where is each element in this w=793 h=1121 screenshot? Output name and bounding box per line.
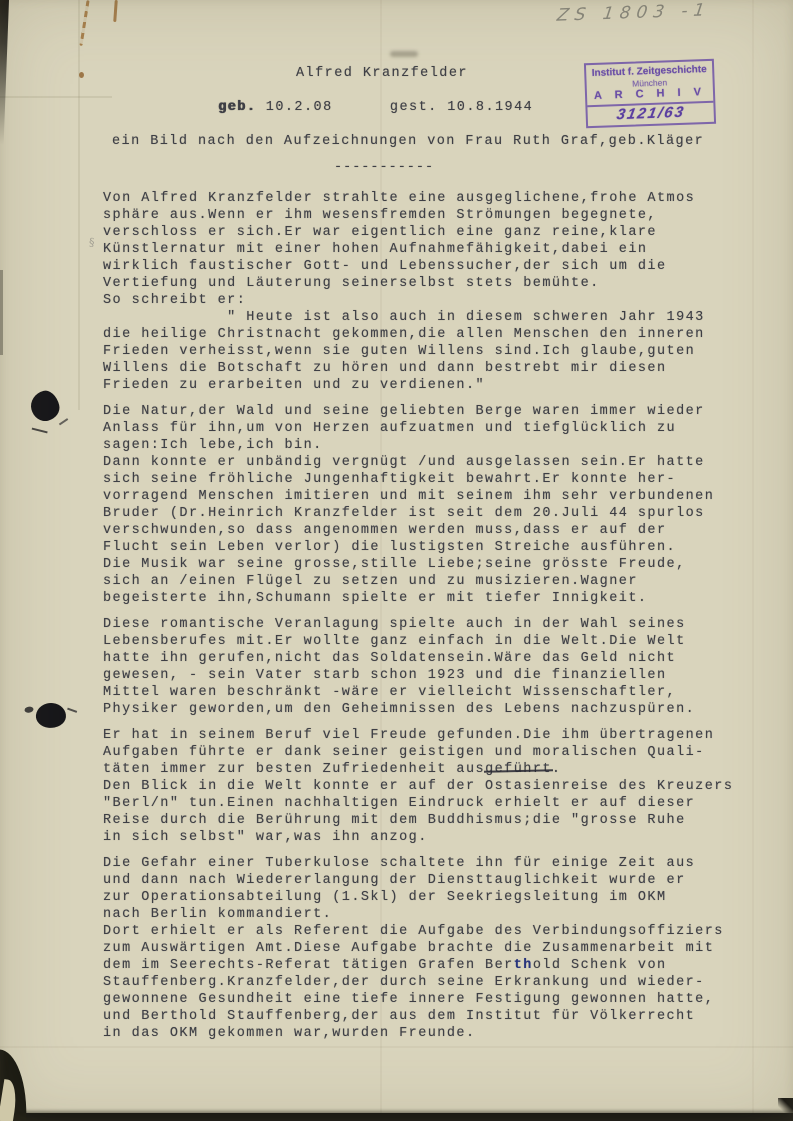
document-line: Vertiefung und Läuterung seinerselbst st… (103, 275, 751, 292)
document-line: begeisterte ihn,Schumann spielte er mit … (103, 590, 751, 607)
document-line: Physiker geworden,um den Geheimnissen de… (103, 701, 751, 718)
paper-crease-vertical (752, 0, 754, 1121)
document-line: und dann nach Wiedererlangung der Dienst… (103, 872, 751, 889)
rust-stain (79, 72, 84, 78)
document-line: Frieden verheisst,wenn sie guten Willens… (103, 343, 751, 360)
document-line: dem im Seerechts-Referat tätigen Grafen … (103, 957, 751, 974)
paper-crease-vertical (78, 0, 80, 410)
document-line: Diese romantische Veranlagung spielte au… (103, 616, 751, 633)
document-page: ZS 1803 -1 Institut f. Zeitgeschichte Mü… (0, 0, 793, 1121)
erased-smudge (390, 51, 418, 57)
document-line: Künstlernatur mit einer hohen Aufnahmefä… (103, 241, 751, 258)
scan-edge-left (0, 0, 9, 145)
document-line: sagen:Ich lebe,ich bin. (103, 437, 751, 454)
document-line: nach Berlin kommandiert. (103, 906, 751, 923)
scan-edge-left (0, 270, 3, 355)
document-line: sich seine fröhliche Jungenhaftigkeit be… (103, 471, 751, 488)
document-line: zum Auswärtigen Amt.Diese Aufgabe bracht… (103, 940, 751, 957)
document-line: verschloss er sich.Er war eigentlich ein… (103, 224, 751, 241)
document-line: Frieden zu erarbeiten und zu verdienen." (103, 377, 751, 394)
overstruck-text: geb. (218, 100, 256, 115)
document-line: sich an /einen Flügel zu setzen und zu m… (103, 573, 751, 590)
document-line: Die Gefahr einer Tuberkulose schaltete i… (103, 855, 751, 872)
document-line: Die Musik war seine grosse,stille Liebe;… (103, 556, 751, 573)
life-dates-text: 10.2.08 gest. 10.8.1944 (256, 100, 533, 115)
margin-mark: § (89, 236, 95, 249)
document-subtitle: ein Bild nach den Aufzeichnungen von Fra… (112, 134, 704, 149)
document-line: So schreibt er: (103, 292, 751, 309)
document-line: Dort erhielt er als Referent die Aufgabe… (103, 923, 751, 940)
paper-crease-horizontal (0, 96, 112, 98)
document-line: Stauffenberg.Kranzfelder,der durch seine… (103, 974, 751, 991)
hole-punch-bottom (35, 702, 67, 730)
document-line: täten immer zur besten Zufriedenheit aus… (103, 761, 751, 778)
document-line: Reise durch die Berührung mit dem Buddhi… (103, 812, 751, 829)
rust-stain (113, 0, 118, 22)
document-line: in sich selbst" war,was ihn anzog. (103, 829, 751, 846)
paragraph: Von Alfred Kranzfelder strahlte eine aus… (103, 190, 751, 309)
document-line: Willens die Botschaft zu hören und dann … (103, 360, 751, 377)
document-body: Von Alfred Kranzfelder strahlte eine aus… (103, 190, 751, 1051)
document-line: Lebensberufes mit.Er wollte ganz einfach… (103, 633, 751, 650)
document-title: Alfred Kranzfelder (296, 66, 468, 81)
archive-stamp-header: Institut f. Zeitgeschichte München A R C… (586, 61, 713, 107)
ink-correction: th (514, 958, 533, 973)
document-line: Dann konnte er unbändig vergnügt /und au… (103, 454, 751, 471)
stamp-number-handwritten: 3121/63 (586, 103, 715, 127)
life-dates-line: geb. 10.2.08 gest. 10.8.1944 (218, 100, 533, 115)
document-line: Flucht sein Leben verlor) die lustigsten… (103, 539, 751, 556)
document-line: " Heute ist also auch in diesem schweren… (103, 309, 751, 326)
document-line: gewonnene Gesundheit eine tiefe innere F… (103, 991, 751, 1008)
dash-separator: ----------- (334, 160, 434, 175)
document-line: Die Natur,der Wald und seine geliebten B… (103, 403, 751, 420)
paragraph: Diese romantische Veranlagung spielte au… (103, 616, 751, 718)
document-line: Anlass für ihn,um von Herzen aufzuatmen … (103, 420, 751, 437)
scan-edge-bottom (0, 1113, 793, 1121)
hole-punch-top (28, 388, 62, 424)
document-line: vorragend Menschen imitieren und mit sei… (103, 488, 751, 505)
document-line: in das OKM gekommen war,wurden Freunde. (103, 1025, 751, 1042)
document-line: Den Blick in die Welt konnte er auf der … (103, 778, 751, 795)
document-line: wirklich faustischer Gott- und Lebenssuc… (103, 258, 751, 275)
struck-out-text: geführt (485, 762, 552, 777)
document-line: zur Operationsabteilung (1.Skl) der Seek… (103, 889, 751, 906)
document-line: "Berl/n" tun.Einen nachhaltigen Eindruck… (103, 795, 751, 812)
document-line: verschwunden,so dass angenommen werden m… (103, 522, 751, 539)
document-line: Aufgaben führte er dank seiner geistigen… (103, 744, 751, 761)
document-line: die heilige Christnacht gekommen,die all… (103, 326, 751, 343)
document-line: gewesen, - sein Vater starb schon 1923 u… (103, 667, 751, 684)
scan-corner-bottom-right (778, 1098, 793, 1121)
paragraph: Er hat in seinem Beruf viel Freude gefun… (103, 727, 751, 846)
archive-shelfmark-handwritten: ZS 1803 -1 (556, 0, 712, 25)
document-line: und Berthold Stauffenberg,der aus dem In… (103, 1008, 751, 1025)
rust-stain (79, 0, 89, 46)
paragraph: Die Gefahr einer Tuberkulose schaltete i… (103, 855, 751, 1042)
paragraph: " Heute ist also auch in diesem schweren… (103, 309, 751, 394)
document-line: Mittel waren beschränkt -wäre er viellei… (103, 684, 751, 701)
document-line: sphäre aus.Wenn er ihm wesensfremden Str… (103, 207, 751, 224)
paragraph: Die Natur,der Wald und seine geliebten B… (103, 403, 751, 607)
document-line: Von Alfred Kranzfelder strahlte eine aus… (103, 190, 751, 207)
document-line: hatte ihn gerufen,nicht das Soldatensein… (103, 650, 751, 667)
document-line: Er hat in seinem Beruf viel Freude gefun… (103, 727, 751, 744)
archive-stamp: Institut f. Zeitgeschichte München A R C… (584, 59, 716, 128)
document-line: Bruder (Dr.Heinrich Kranzfelder ist seit… (103, 505, 751, 522)
